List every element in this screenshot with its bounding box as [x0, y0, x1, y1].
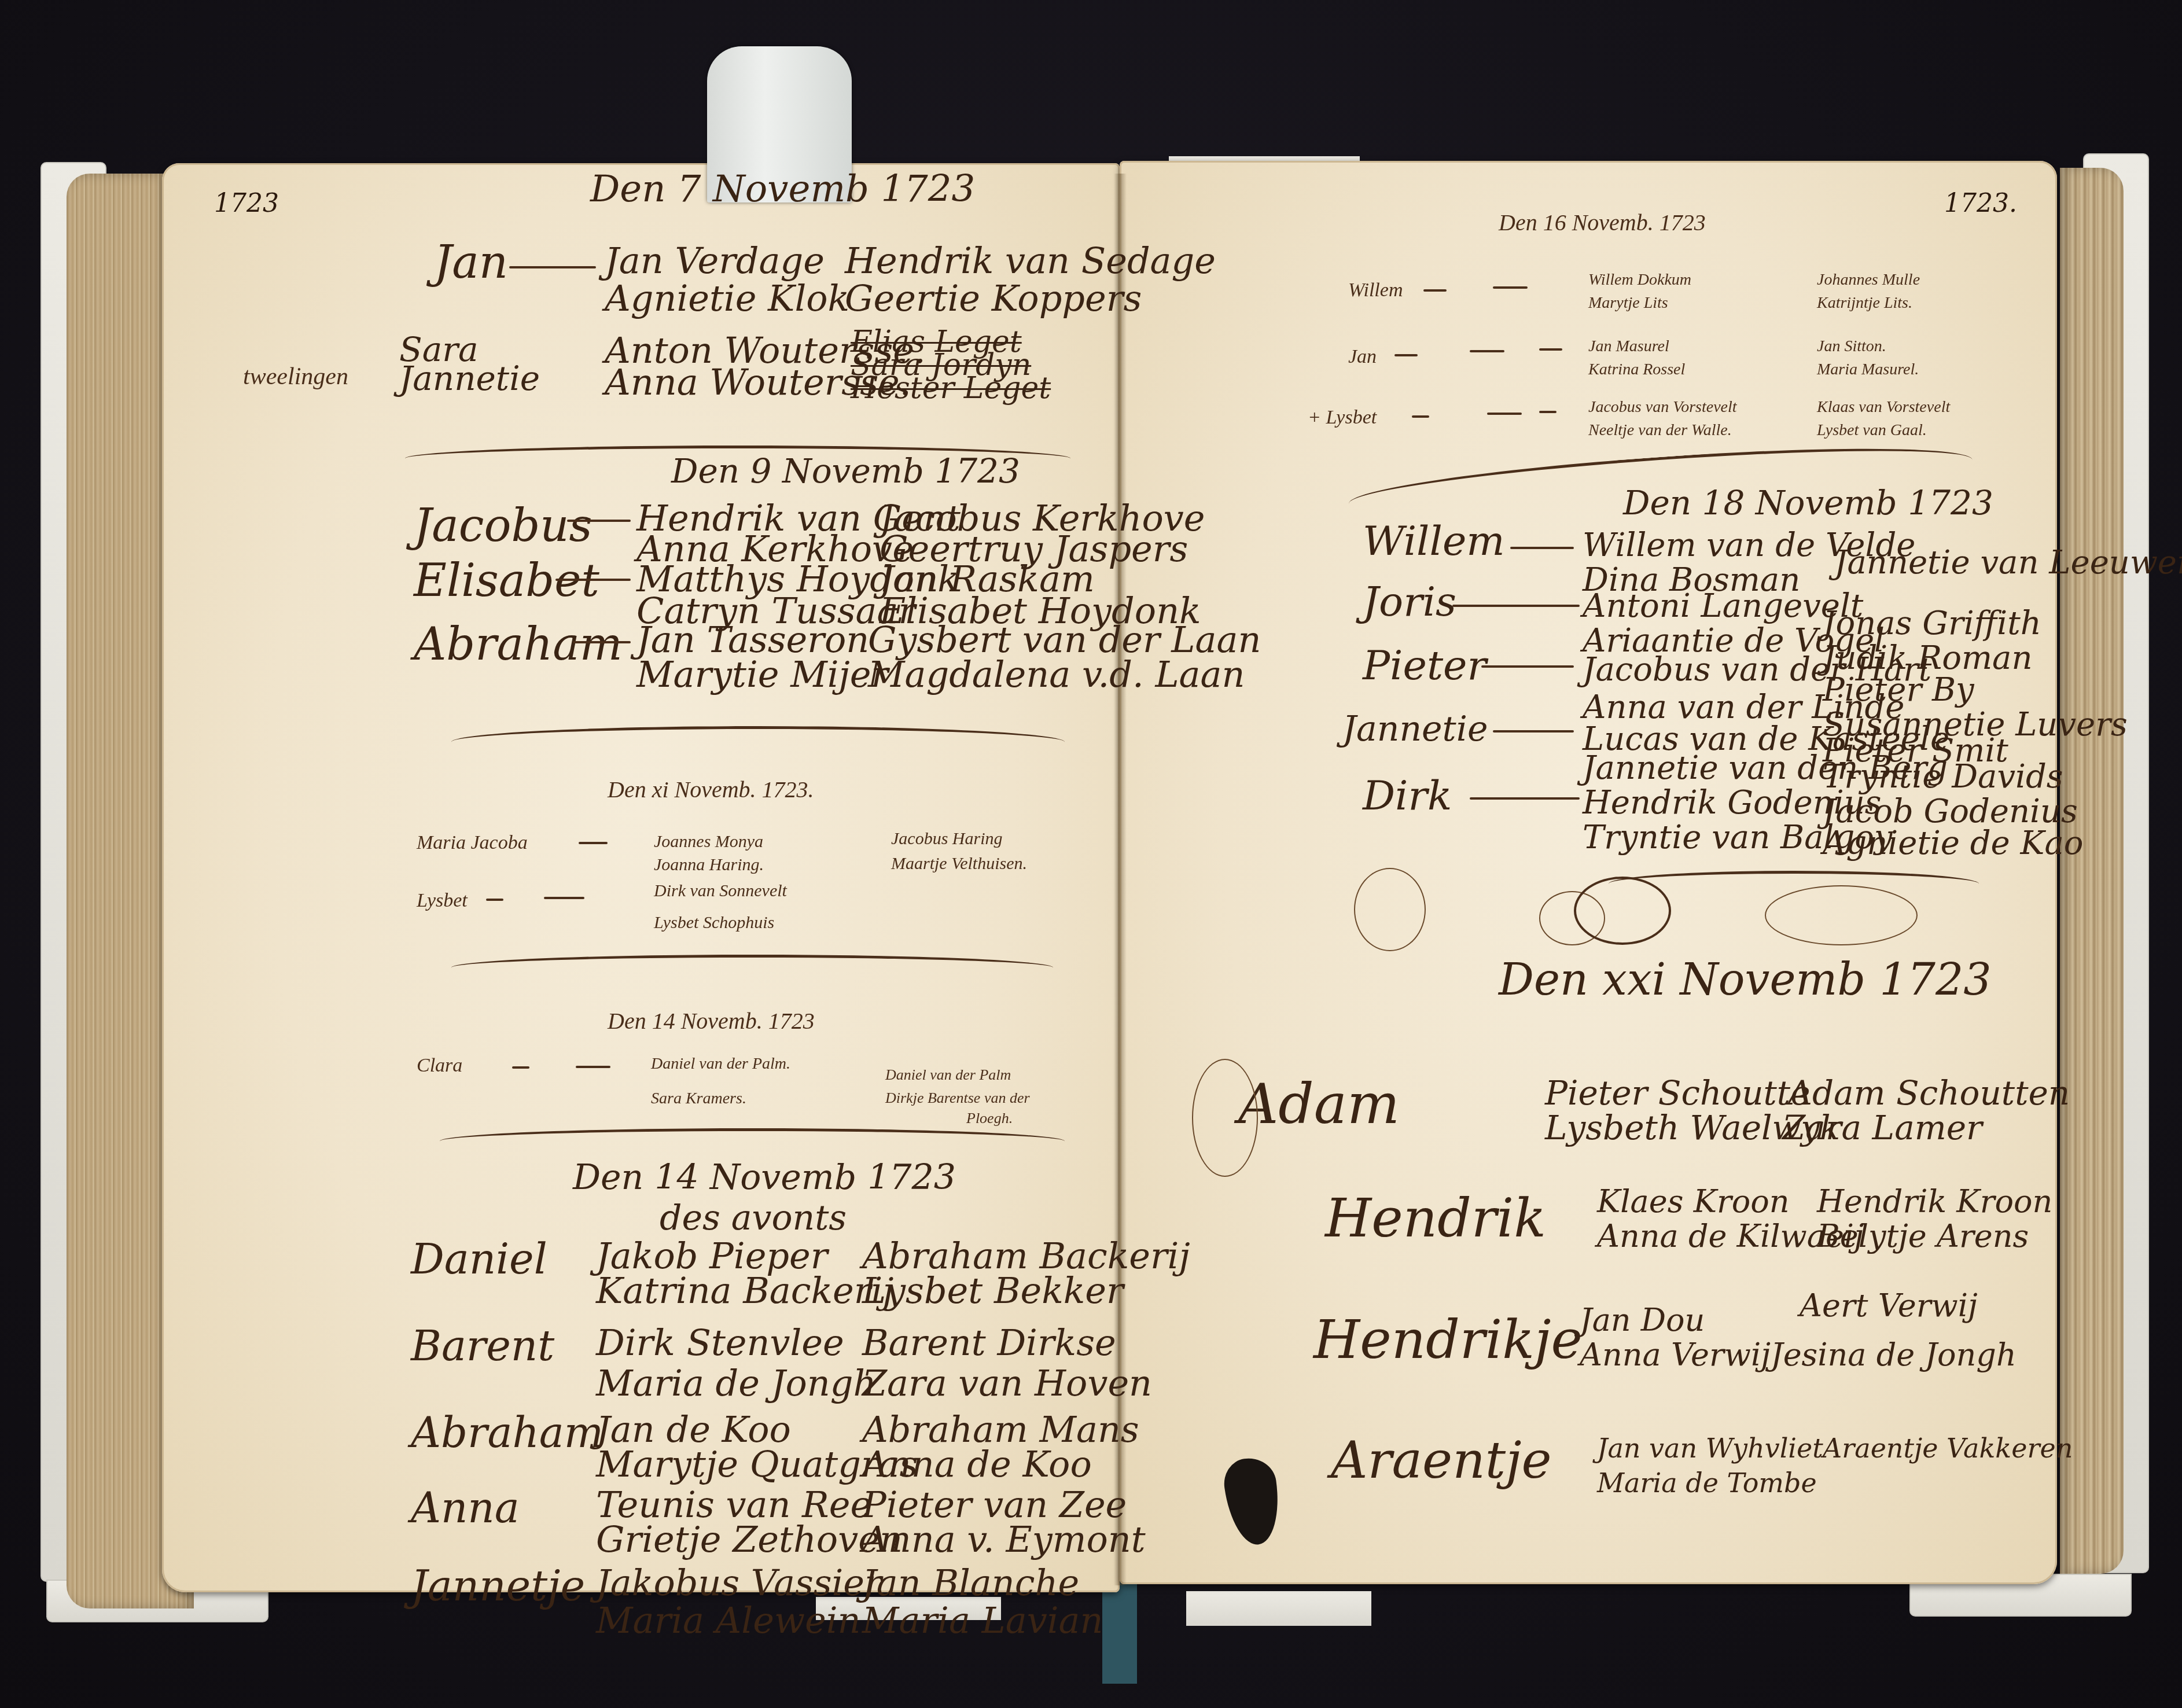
page-year-left: 1723: [214, 191, 279, 216]
witness-name: Jonas Griffith: [1823, 608, 2041, 640]
child-name: Pieter: [1363, 645, 1486, 686]
parent-name: Jakobus Vassier: [596, 1565, 882, 1601]
witness-name: Maria Masurel.: [1817, 362, 1919, 378]
witness-name: Agnietie de Kao: [1823, 827, 2084, 860]
parent-name: Jan Verdage: [605, 243, 825, 279]
child-name: + Lysbet: [1308, 408, 1377, 428]
witness-name: Jannetie van Leeuwen: [1834, 547, 2182, 579]
separator-dash: [544, 897, 584, 899]
parent-name: Pieter Schoutte: [1545, 1076, 1810, 1110]
witness-name: Araentje Vakkeren: [1823, 1435, 2073, 1462]
child-name: Jannetje: [411, 1565, 585, 1607]
child-name: Willem: [1363, 521, 1505, 561]
parent-name: Teunis van Ree: [596, 1487, 871, 1523]
parent-name: Jan Tasseron: [636, 622, 869, 658]
parent-name: Willem Dokkum: [1588, 272, 1691, 288]
section-divider: [451, 955, 1053, 981]
separator-dash: [1481, 665, 1574, 668]
witness-name: Lysbet van Gaal.: [1817, 422, 1927, 439]
witness-name: Hester Leget: [851, 373, 1051, 403]
child-name: Jan: [1348, 347, 1377, 367]
calligraphic-flourish: [1192, 1059, 1258, 1177]
witness-name: Abraham Backerij: [862, 1238, 1190, 1274]
separator-dash: [1493, 286, 1528, 289]
separator-dash: [1452, 605, 1580, 607]
separator-dash: [567, 520, 631, 522]
separator-dash: [573, 641, 631, 643]
parent-name: Katrina Backerij: [596, 1273, 893, 1309]
child-name: Maria Jacoba: [417, 833, 528, 853]
parent-name: Jakob Pieper: [596, 1238, 827, 1274]
child-name: Hendrik: [1325, 1192, 1546, 1245]
parent-name: Daniel van der Palm.: [651, 1056, 790, 1072]
separator-dash: [1487, 413, 1522, 415]
child-name: Adam: [1238, 1076, 1400, 1132]
child-name: Dirk: [1363, 775, 1452, 816]
separator-dash: [1470, 350, 1504, 352]
witness-name: Ploegh.: [966, 1111, 1013, 1126]
child-name: Hendrikje: [1313, 1313, 1583, 1367]
witness-name: Zara Lamer: [1782, 1111, 1982, 1144]
witness-name: Pieter By: [1823, 674, 1974, 706]
parent-name: Jacobus van Vorstevelt: [1588, 399, 1737, 415]
parent-name: Agnietie Klok: [605, 281, 849, 316]
entry-date: Den xxi Novemb 1723: [1499, 958, 1992, 1002]
separator-dash: [1470, 797, 1580, 800]
separator-dash: [1539, 348, 1562, 351]
parent-name: Jan Dou: [1580, 1305, 1705, 1336]
parent-name: Joanna Haring.: [654, 856, 764, 874]
parent-name: Joannes Monya: [654, 833, 763, 851]
child-name: Elisabet: [414, 558, 599, 603]
child-name: Jannetie: [399, 362, 540, 395]
child-name: Willem: [1348, 281, 1403, 300]
witness-name: Jesina de Jongh: [1771, 1339, 2017, 1371]
section-divider: [451, 726, 1065, 758]
separator-dash: [509, 266, 596, 268]
parent-name: Klaes Kroon: [1597, 1186, 1790, 1217]
parent-name: Jan Masurel: [1588, 338, 1669, 355]
witness-name: Aert Verwij: [1800, 1290, 1978, 1322]
parent-name: Grietje Zethoven: [596, 1522, 903, 1558]
parent-name: Dirk Stenvlee: [596, 1325, 844, 1361]
separator-dash: [1412, 415, 1429, 418]
separator-dash: [1493, 730, 1574, 732]
child-name: Lysbet: [417, 891, 468, 911]
child-name: Daniel: [411, 1238, 547, 1280]
separator-dash: [579, 842, 608, 844]
parent-name: Katrina Rossel: [1588, 362, 1685, 378]
twins-note: tweelingen: [243, 365, 348, 389]
entry-date: Den 18 Novemb 1723: [1623, 486, 1993, 520]
witness-name: Adam Schoutten: [1788, 1076, 2070, 1110]
witness-name: Jan Sitton.: [1817, 338, 1886, 355]
parent-name: Jan van Wyhvliet: [1597, 1435, 1823, 1462]
witness-name: Anna de Koo: [862, 1446, 1092, 1482]
witness-name: Hendrik Kroon: [1817, 1186, 2052, 1217]
separator-dash: [1539, 411, 1557, 413]
witness-name: Hendrik van Sedage: [845, 243, 1216, 279]
witness-name: Johannes Mulle: [1817, 272, 1920, 288]
entry-date: Den 16 Novemb. 1723: [1499, 211, 1706, 234]
entry-date: Den 7 Novemb 1723: [590, 171, 975, 208]
witness-name: Abraham Mans: [862, 1412, 1139, 1448]
parent-name: Maria Alewein: [596, 1603, 860, 1639]
child-name: Jannetie: [1342, 712, 1488, 746]
child-name: Joris: [1363, 581, 1456, 622]
entry-date: Den 14 Novemb. 1723: [608, 1010, 815, 1033]
witness-name: Anna v. Eymont: [862, 1522, 1146, 1558]
parent-name: Maria de Jongh: [596, 1365, 876, 1401]
parent-name: Maria de Tombe: [1597, 1470, 1817, 1496]
calligraphic-flourish: [1354, 868, 1426, 951]
witness-name: Zara van Hoven: [862, 1365, 1152, 1401]
separator-dash: [576, 1066, 610, 1068]
witness-name: Maria Lavian: [862, 1603, 1103, 1639]
witness-name: Belytje Arens: [1817, 1221, 2029, 1252]
child-name: Anna: [411, 1487, 520, 1529]
child-name: Jacobus: [414, 503, 593, 549]
witness-name: Jacobus Haring: [891, 830, 1002, 848]
separator-dash: [1510, 547, 1574, 549]
child-name: Jan: [434, 240, 508, 285]
separator-dash: [1423, 289, 1447, 292]
parent-name: Anna Verwij: [1580, 1339, 1771, 1371]
witness-name: Jan Blanche: [862, 1565, 1079, 1601]
support-strip-bottom-right: [1186, 1591, 1371, 1626]
parent-name: Dirk van Sonnevelt: [654, 882, 787, 900]
witness-name: Jacob Godenius: [1823, 796, 2078, 828]
child-name: Abraham: [411, 1412, 604, 1453]
separator-dash: [1394, 354, 1418, 356]
separator-dash: [555, 579, 631, 581]
parent-name: Lysbet Schophuis: [654, 914, 774, 932]
entry-subtitle: des avonts: [660, 1201, 847, 1235]
child-name: Clara: [417, 1056, 462, 1076]
calligraphic-flourish: [1609, 871, 1979, 897]
witness-name: Klaas van Vorstevelt: [1817, 399, 1950, 415]
separator-dash: [486, 899, 503, 901]
parent-name: Jan de Koo: [596, 1412, 791, 1448]
witness-name: Geertie Koppers: [845, 281, 1142, 316]
separator-dash: [512, 1066, 529, 1069]
page-edges-right: [2060, 168, 2124, 1574]
child-name: Abraham: [414, 622, 623, 667]
witness-name: Dirkje Barentse van der: [885, 1091, 1030, 1106]
witness-name: Maartje Velthuisen.: [891, 855, 1027, 873]
witness-name: Magdalena v.d. Laan: [868, 657, 1245, 693]
witness-name: Lysbet Bekker: [862, 1273, 1124, 1309]
parent-name: Marytie Mijer: [636, 657, 888, 693]
parent-name: Antoni Langevelt: [1583, 590, 1863, 623]
entry-date: Den 14 Novemb 1723: [573, 1160, 956, 1195]
witness-name: Pieter van Zee: [862, 1487, 1127, 1523]
witness-name: Daniel van der Palm: [885, 1067, 1011, 1083]
entry-date: Den xi Novemb. 1723.: [608, 778, 814, 801]
page-year-right: 1723.: [1944, 191, 2017, 216]
entry-date: Den 9 Novemb 1723: [671, 454, 1020, 488]
child-name: Araentje: [1331, 1435, 1552, 1486]
parent-name: Sara Kramers.: [651, 1091, 746, 1107]
witness-name: Katrijntje Lits.: [1817, 295, 1912, 311]
section-divider: [440, 1128, 1065, 1154]
parent-name: Marytje Lits: [1588, 295, 1668, 311]
child-name: Barent: [411, 1325, 554, 1367]
parent-name: Neeltje van der Walle.: [1588, 422, 1732, 439]
witness-name: Barent Dirkse: [862, 1325, 1116, 1361]
witness-name: Gysbert van der Laan: [868, 622, 1261, 658]
